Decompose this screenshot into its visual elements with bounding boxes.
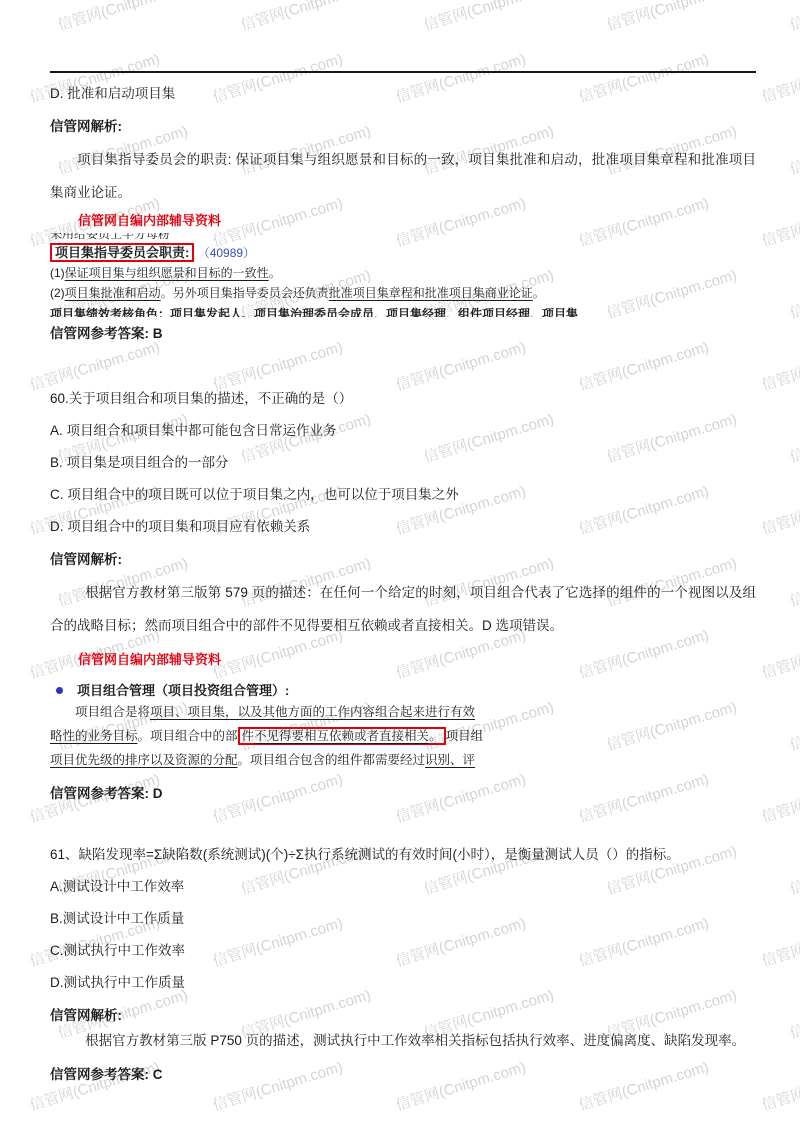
text-segment: 件 — [242, 729, 255, 743]
text-segment: 项目组 — [446, 729, 484, 743]
watermark-text: 信管网(Cnitpm.com) — [787, 120, 800, 180]
text-segment: 项目组合是将 — [75, 705, 150, 719]
underlined-text: 项目优先级的排序以及资源的分配 — [50, 753, 238, 767]
underlined-text: 识别、评 — [425, 753, 475, 767]
clipped-text-bottom-fragment: 项目集绩效考核角色：项目集发起人、项目集治理委员会成员，项目集经理，组件项目经理… — [50, 307, 578, 317]
reference-snippet-q60: 项目组合管理（项目投资组合管理）: 项目组合是将项目、项目集，以及其他方面的工作… — [50, 680, 756, 771]
q61-analysis-text: 根据官方教材第三版 P750 页的描述，测试执行中工作效率相关指标包括执行效率、… — [50, 1028, 756, 1054]
q61-option-b: B.测试设计中工作质量 — [50, 910, 756, 927]
clipped-text-top: 采用给委员上半分母粉 — [50, 233, 756, 243]
snippet-line-1: 项目组合是将项目、项目集，以及其他方面的工作内容组合起来进行有效 — [50, 702, 756, 723]
internal-note-q60: 信管网自编内部辅导资料 — [78, 652, 756, 668]
analysis-heading-q59: 信管网解析: — [50, 118, 756, 135]
watermark-text: 信管网(Cnitpm.com) — [787, 552, 800, 612]
snippet-title: 项目组合管理（项目投资组合管理）: — [77, 683, 289, 698]
watermark-text: 信管网(Cnitpm.com) — [759, 1056, 800, 1116]
text-segment: 。项目组合包含的组件都需要经过 — [238, 753, 426, 767]
watermark-text: 信管网(Cnitpm.com) — [759, 768, 800, 828]
watermark-text: 信管网(Cnitpm.com) — [759, 624, 800, 684]
q59-analysis-text: 项目集指导委员会的职责: 保证项目集与组织愿景和目标的一致，项目集批准和启动，批… — [50, 143, 756, 209]
snippet-bullet-title-line: 项目组合管理（项目投资组合管理）: — [50, 680, 756, 699]
watermark-text: 信管网(Cnitpm.com) — [759, 480, 800, 540]
watermark-text: 信管网(Cnitpm.com) — [759, 48, 800, 108]
underlined-text: 保证项目集与组织愿景和目标的一致性 — [65, 266, 269, 280]
text-segment: 。项目组合中的部 — [138, 729, 238, 743]
watermark-text: 信管网(Cnitpm.com) — [787, 840, 800, 900]
q61-option-d: D.测试执行中工作质量 — [50, 974, 756, 991]
text-segment: (1) — [50, 266, 65, 280]
q61-answer: 信管网参考答案: C — [50, 1066, 756, 1083]
analysis-heading-q60: 信管网解析: — [50, 551, 756, 568]
red-highlight-box-title: 项目集指导委员会职责: — [50, 243, 194, 262]
q61-question: 61、缺陷发现率=Σ缺陷数(系统测试)(个)÷Σ执行系统测试的有效时间(小时），… — [50, 846, 756, 863]
text-segment: 。 — [533, 286, 545, 300]
q60-option-c: C. 项目组合中的项目既可以位于项目集之内，也可以位于项目集之外 — [50, 486, 756, 503]
prev-option-d: D. 批准和启动项目集 — [50, 85, 756, 102]
snippet-item-2: (2)项目集批准和启动。另外项目集指导委员会还负责批准项目集章程和批准项目集商业… — [50, 285, 756, 302]
analysis-heading-q61: 信管网解析: — [50, 1007, 756, 1024]
watermark-text: 信管网(Cnitpm.com) — [759, 912, 800, 972]
underlined-text: 略性的业务目标 — [50, 729, 138, 743]
document-page: 信管网(Cnitpm.com)信管网(Cnitpm.com)信管网(Cnitpm… — [0, 0, 800, 1133]
bullet-dot-icon — [56, 687, 63, 694]
q61-option-c: C.测试执行中工作效率 — [50, 942, 756, 959]
q60-option-d: D. 项目组合中的项目集和项目应有依赖关系 — [50, 518, 756, 535]
page-divider-line — [50, 71, 756, 73]
q60-analysis-text: 根据官方教材第三版第 579 页的描述：在任何一个给定的时刻，项目组合代表了它选… — [50, 576, 756, 642]
watermark-text: 信管网(Cnitpm.com) — [787, 696, 800, 756]
watermark-text: 信管网(Cnitpm.com) — [787, 984, 800, 1044]
snippet-item-1: (1)保证项目集与组织愿景和目标的一致性。 — [50, 265, 756, 282]
snippet-title-line: 项目集指导委员会职责: （40989） — [50, 244, 756, 262]
watermark-text: 信管网(Cnitpm.com) — [787, 0, 800, 35]
text-segment: 。另外项目集指导委员会还负责 — [161, 286, 329, 300]
text-segment: 。 — [429, 729, 442, 743]
watermark-text: 信管网(Cnitpm.com) — [787, 408, 800, 468]
text-segment: 。 — [269, 266, 281, 280]
text-segment: (2) — [50, 286, 65, 300]
document-content: D. 批准和启动项目集 信管网解析: 项目集指导委员会的职责: 保证项目集与组织… — [50, 0, 756, 1083]
reference-id: （40989） — [198, 246, 255, 260]
clipped-text-bottom: 项目集绩效考核角色：项目集发起人、项目集治理委员会成员，项目集经理，组件项目经理… — [50, 306, 756, 317]
q60-answer: 信管网参考答案: D — [50, 785, 756, 802]
q60-option-a: A. 项目组合和项目集中都可能包含日常运作业务 — [50, 422, 756, 439]
underlined-text: 项目集批准和启动 — [65, 286, 161, 300]
internal-note-q59: 信管网自编内部辅导资料 — [78, 213, 756, 229]
underlined-text: 批准项目集章程和批准项目集商业论证 — [329, 286, 533, 300]
q59-answer: 信管网参考答案: B — [50, 325, 756, 342]
underlined-text: 不见得要相互依赖或者直接相关 — [254, 729, 429, 743]
watermark-text: 信管网(Cnitpm.com) — [787, 264, 800, 324]
reference-snippet-q59: 采用给委员上半分母粉 项目集指导委员会职责: （40989） (1)保证项目集与… — [50, 233, 756, 317]
snippet-line-3: 项目优先级的排序以及资源的分配。项目组合包含的组件都需要经过识别、评 — [50, 750, 756, 771]
watermark-text: 信管网(Cnitpm.com) — [759, 336, 800, 396]
watermark-text: 信管网(Cnitpm.com) — [759, 192, 800, 252]
q60-option-b: B. 项目集是项目组合的一部分 — [50, 454, 756, 471]
q61-option-a: A.测试设计中工作效率 — [50, 878, 756, 895]
underlined-text: 项目、项目集，以及其他方面的工作内容组合起来进行有效 — [150, 705, 475, 719]
red-highlight-box-phrase: 件不见得要相互依赖或者直接相关。 — [238, 727, 446, 745]
clipped-text-top-fragment: 采用给委员上半分母粉 — [50, 233, 756, 243]
q60-question: 60.关于项目组合和项目集的描述，不正确的是（） — [50, 390, 756, 407]
snippet-line-2: 略性的业务目标。项目组合中的部件不见得要相互依赖或者直接相关。项目组 — [50, 726, 756, 747]
